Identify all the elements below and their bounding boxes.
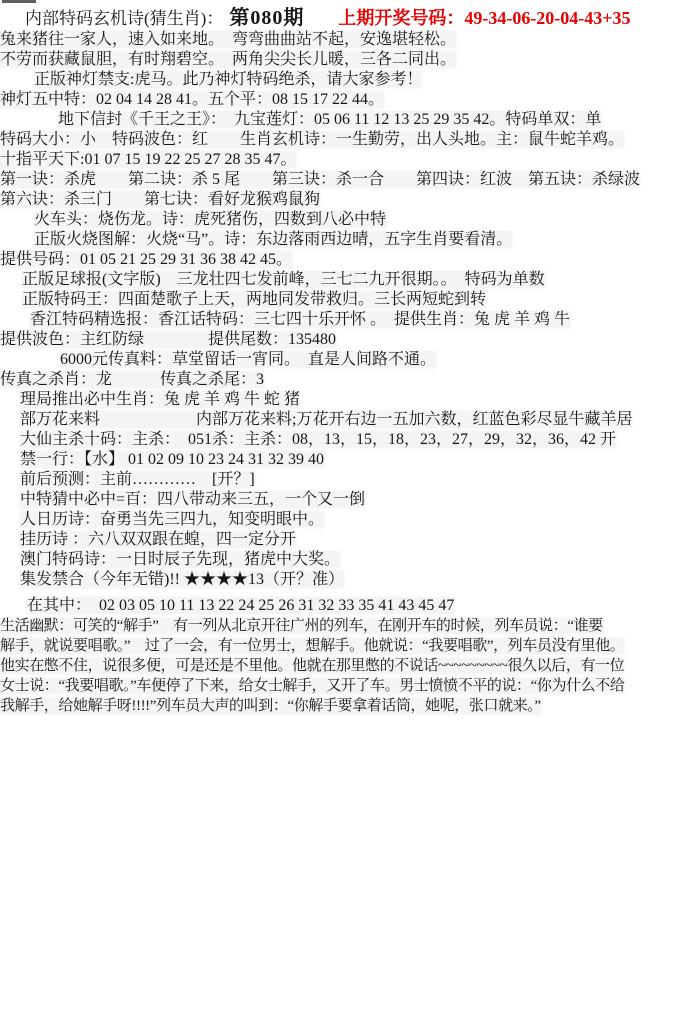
last-draw: 上期开奖号码：49-34-06-20-04-43+35 bbox=[304, 8, 630, 28]
line-aomen-tema-shi: 澳门特码诗：一日时辰子先现，猪虎中大奖。 bbox=[0, 550, 675, 570]
line-shizhi-pingtianxia: 十指平天下:01 07 15 19 22 25 27 28 35 47。 bbox=[0, 150, 675, 170]
line-joke-1: 生活幽默：可笑的“解手” 有一列从北京开往广州的列车，在刚开车的时候，列车员说：… bbox=[0, 616, 675, 636]
line-guali-shi: 挂历诗 ：六八双双跟在蝗，四一定分开 bbox=[0, 530, 675, 550]
scan-artifact bbox=[2, 0, 36, 3]
line-wanhua-lailiao: 部万花来料 内部万花来料;万花开右边一五加六数，红蓝色彩尽显牛藏羊居 bbox=[0, 410, 675, 430]
line-chuanzhen-shaxiao: 传真之杀肖：龙 传真之杀尾：3 bbox=[0, 370, 675, 390]
line-qianhou-yuce: 前后预测：主前………… [开？] bbox=[0, 470, 675, 490]
line-jifa-jinhe: 集发禁合（今年无错)!! ★★★★13（开？准） bbox=[0, 570, 675, 590]
line-joke-3: 他实在憋不住，说很多便，可是还是不里他。他就在那里憋的不说话~~~~~~~~~很… bbox=[0, 656, 675, 676]
page-header: 内部特码玄机诗(猜生肖)：第080期上期开奖号码：49-34-06-20-04-… bbox=[0, 6, 675, 30]
line-daxian-shama: 大仙主杀十码：主杀： 051杀：主杀：08，13，15，18，23，27，29，… bbox=[0, 430, 675, 450]
line-joke-5: 我解手，给她解手呀!!!!”列车员大声的叫到：“你解手要拿着话筒，她呢，张口就来… bbox=[0, 696, 675, 716]
issue-number: 第080期 bbox=[223, 7, 304, 29]
line-tigong-bose-weishu: 提供波色：主红防绿 提供尾数：135480 bbox=[0, 330, 675, 350]
line-joke-4: 女士说：“我要唱歌。”车便停了下来，给女士解手，又开了车。男士愤愤不平的说：“你… bbox=[0, 676, 675, 696]
line-huochetou: 火车头：烧伤龙。诗：虎死猪伤，四数到八必中特 bbox=[0, 210, 675, 230]
line-tema-daxiao-bose: 特码大小：小 特码波色：红 生肖玄机诗：一生勤劳，出人头地。主：鼠牛蛇羊鸡。 bbox=[0, 130, 675, 150]
line-zhongte-caizhong: 中特猜中必中=百：四八带动来三五，一个又一倒 bbox=[0, 490, 675, 510]
line-jin-yihang: 禁一行：【水】 01 02 09 10 23 24 31 32 39 40 bbox=[0, 450, 675, 470]
sheet-title: 内部特码玄机诗(猜生肖)： bbox=[25, 9, 223, 28]
line-poem-2: 不劳而获藏鼠胆，有时翔碧空。 两角尖尖长儿暖，三各二同出。 bbox=[0, 50, 675, 70]
line-joke-2: 解手，就说要唱歌。” 过了一会，有一位男士，想解手。他就说：“我要唱歌”，列车员… bbox=[0, 636, 675, 656]
line-shendeng-wuzhongte: 神灯五中特：02 04 14 28 41。五个平：08 15 17 22 44。 bbox=[0, 90, 675, 110]
line-zai-qizhong: 在其中： 02 03 05 10 11 13 22 24 25 26 31 32… bbox=[0, 596, 675, 616]
line-zuqiubao: 正版足球报(文字版) 三龙壮四七发前峰，三七二九开很期。。 特码为单数 bbox=[0, 270, 675, 290]
line-chuanzhen-6000: 6000元传真料：草堂留话一宵同。 直是人间路不通。 bbox=[0, 350, 675, 370]
line-xiangjiang-tema: 香江特码精选报：香江话特码：三七四十乐开怀 。 提供生肖：兔 虎 羊 鸡 牛 bbox=[0, 310, 675, 330]
line-renrili-shi: 人日历诗：奋勇当先三四九，知变明眼中。 bbox=[0, 510, 675, 530]
line-shendeng-jinzhi: 正版神灯禁支:虎马。此乃神灯特码绝杀，请大家参考！ bbox=[0, 70, 675, 90]
last-draw-label: 上期开奖号码： bbox=[338, 8, 464, 28]
line-jue-1-5: 第一诀：杀虎 第二诀：杀 5 尾 第三诀：杀一合 第四诀：红波 第五诀：杀绿波 bbox=[0, 170, 675, 190]
last-draw-numbers: 49-34-06-20-04-43+35 bbox=[464, 8, 630, 28]
line-tema-wang: 正版特码王：四面楚歌子上天，两地同发带救归。三长两短蛇到转 bbox=[0, 290, 675, 310]
line-dixia-xinfeng: 地下信封《千王之王》： 九宝莲灯：05 06 11 12 13 25 29 35… bbox=[0, 110, 675, 130]
line-liju-shengxiao: 理局推出必中生肖：兔 虎 羊 鸡 牛 蛇 猪 bbox=[0, 390, 675, 410]
line-tigong-haoma: 提供号码：01 05 21 25 29 31 36 38 42 45。 bbox=[0, 250, 675, 270]
line-poem-1: 兔来猪往一家人，速入如来地。 弯弯曲曲站不起，安逸堪轻松。 bbox=[0, 30, 675, 50]
line-huoshao-tujie: 正版火烧图解：火烧“马”。诗：东边落雨西边晴，五字生肖要看清。 bbox=[0, 230, 675, 250]
line-jue-6-7: 第六诀：杀三门 第七诀：看好龙猴鸡鼠狗 bbox=[0, 190, 675, 210]
lottery-tip-sheet: 内部特码玄机诗(猜生肖)：第080期上期开奖号码：49-34-06-20-04-… bbox=[0, 0, 675, 1011]
